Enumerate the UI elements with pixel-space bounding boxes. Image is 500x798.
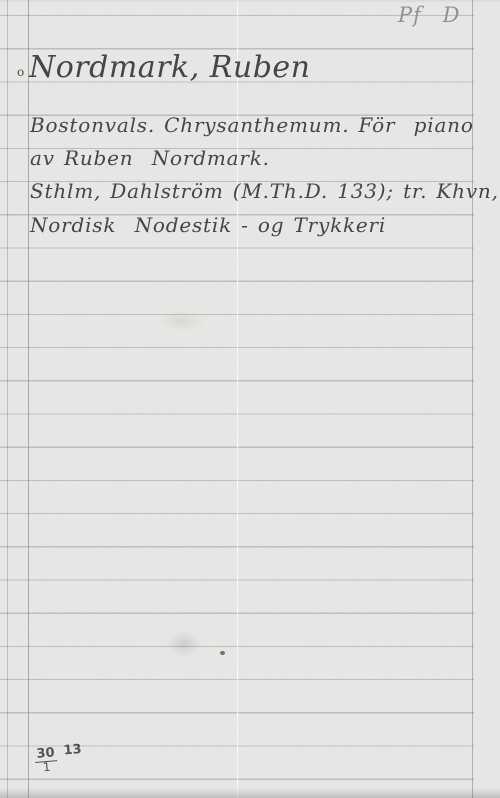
entry-line: Sthlm, Dahlström (M.Th.D. 133); tr. Khvn… — [30, 175, 499, 208]
page-title: Nordmark, Ruben — [29, 50, 310, 85]
top-edge-shadow — [0, 0, 500, 3]
entry-line: av Ruben Nordmark. — [30, 142, 499, 175]
date-month: 1 — [42, 762, 51, 774]
entry-line: Nordisk Nodestik - og Trykkeri — [30, 209, 499, 242]
bottom-edge-shadow — [0, 788, 500, 798]
date-fraction: 30 1 — [34, 746, 58, 774]
ink-speck — [220, 651, 225, 655]
classification-mark: Pf D — [398, 3, 460, 27]
index-circle-mark: o — [17, 65, 24, 79]
entry-line: Bostonvals. Chrysanthemum. För piano — [30, 109, 499, 142]
catalog-card-scan: Pf D o Nordmark, Ruben Bostonvals. Chrys… — [0, 0, 500, 798]
date-year: 13 — [63, 742, 82, 759]
left-margin-rule — [28, 0, 29, 798]
date-note: 30 1 13 — [34, 744, 83, 774]
left-edge-rule — [7, 0, 8, 798]
catalog-entry: Bostonvals. Chrysanthemum. För piano av … — [30, 109, 499, 242]
